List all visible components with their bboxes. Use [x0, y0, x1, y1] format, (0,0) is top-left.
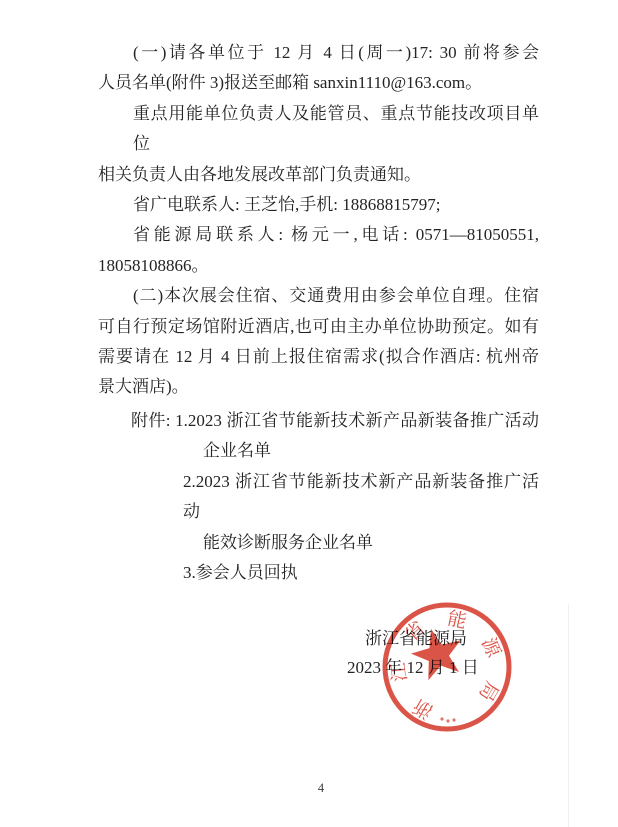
- page-number: 4: [0, 781, 618, 796]
- contact-phone-line: 18058108866。: [98, 251, 539, 281]
- attachment-line-2-cont: 能效诊断服务企业名单: [98, 528, 539, 558]
- seal-char: 浙: [409, 694, 436, 723]
- body-line: (一)请各单位于 12 月 4 日(周一)17: 30 前将参会: [98, 38, 539, 68]
- body-line: 重点用能单位负责人及能管员、重点节能技改项目单位: [98, 99, 539, 160]
- signature-date: 2023 年 12 月 1 日: [347, 653, 479, 683]
- notice-body: (一)请各单位于 12 月 4 日(周一)17: 30 前将参会 人员名单(附件…: [98, 38, 539, 403]
- signature-org: 浙江省能源局: [365, 624, 467, 654]
- body-line: 景大酒店)。: [98, 372, 539, 402]
- contact-line-guangdian: 省广电联系人: 王芝怡,手机: 18868815797;: [98, 190, 539, 220]
- attachment-line-1: 附件: 1.2023 浙江省节能新技术新产品新装备推广活动: [98, 406, 539, 436]
- contact-line-nengyuanju: 省能源局联系人: 杨元一,电话: 0571—81050551,: [98, 220, 539, 250]
- document-page: (一)请各单位于 12 月 4 日(周一)17: 30 前将参会 人员名单(附件…: [0, 0, 618, 827]
- seal-char: 源: [477, 634, 505, 661]
- body-line: 需要请在 12 月 4 日前上报住宿需求(拟合作酒店: 杭州帝: [98, 342, 539, 372]
- body-line: (二)本次展会住宿、交通费用由参会单位自理。住宿: [98, 281, 539, 311]
- attachment-line-3: 3.参会人员回执: [98, 558, 539, 588]
- attachment-list: 附件: 1.2023 浙江省节能新技术新产品新装备推广活动 企业名单 2.202…: [98, 406, 539, 588]
- body-line: 可自行预定场馆附近酒店,也可由主办单位协助预定。如有: [98, 312, 539, 342]
- body-line: 相关负责人由各地发展改革部门负责通知。: [98, 160, 539, 190]
- attachment-line-2: 2.2023 浙江省节能新技术新产品新装备推广活动: [98, 467, 539, 528]
- body-line: 人员名单(附件 3)报送至邮箱 sanxin1110@163.com。: [98, 68, 539, 98]
- seal-bottom-marks: [440, 717, 455, 722]
- attachment-line-1-cont: 企业名单: [98, 436, 539, 466]
